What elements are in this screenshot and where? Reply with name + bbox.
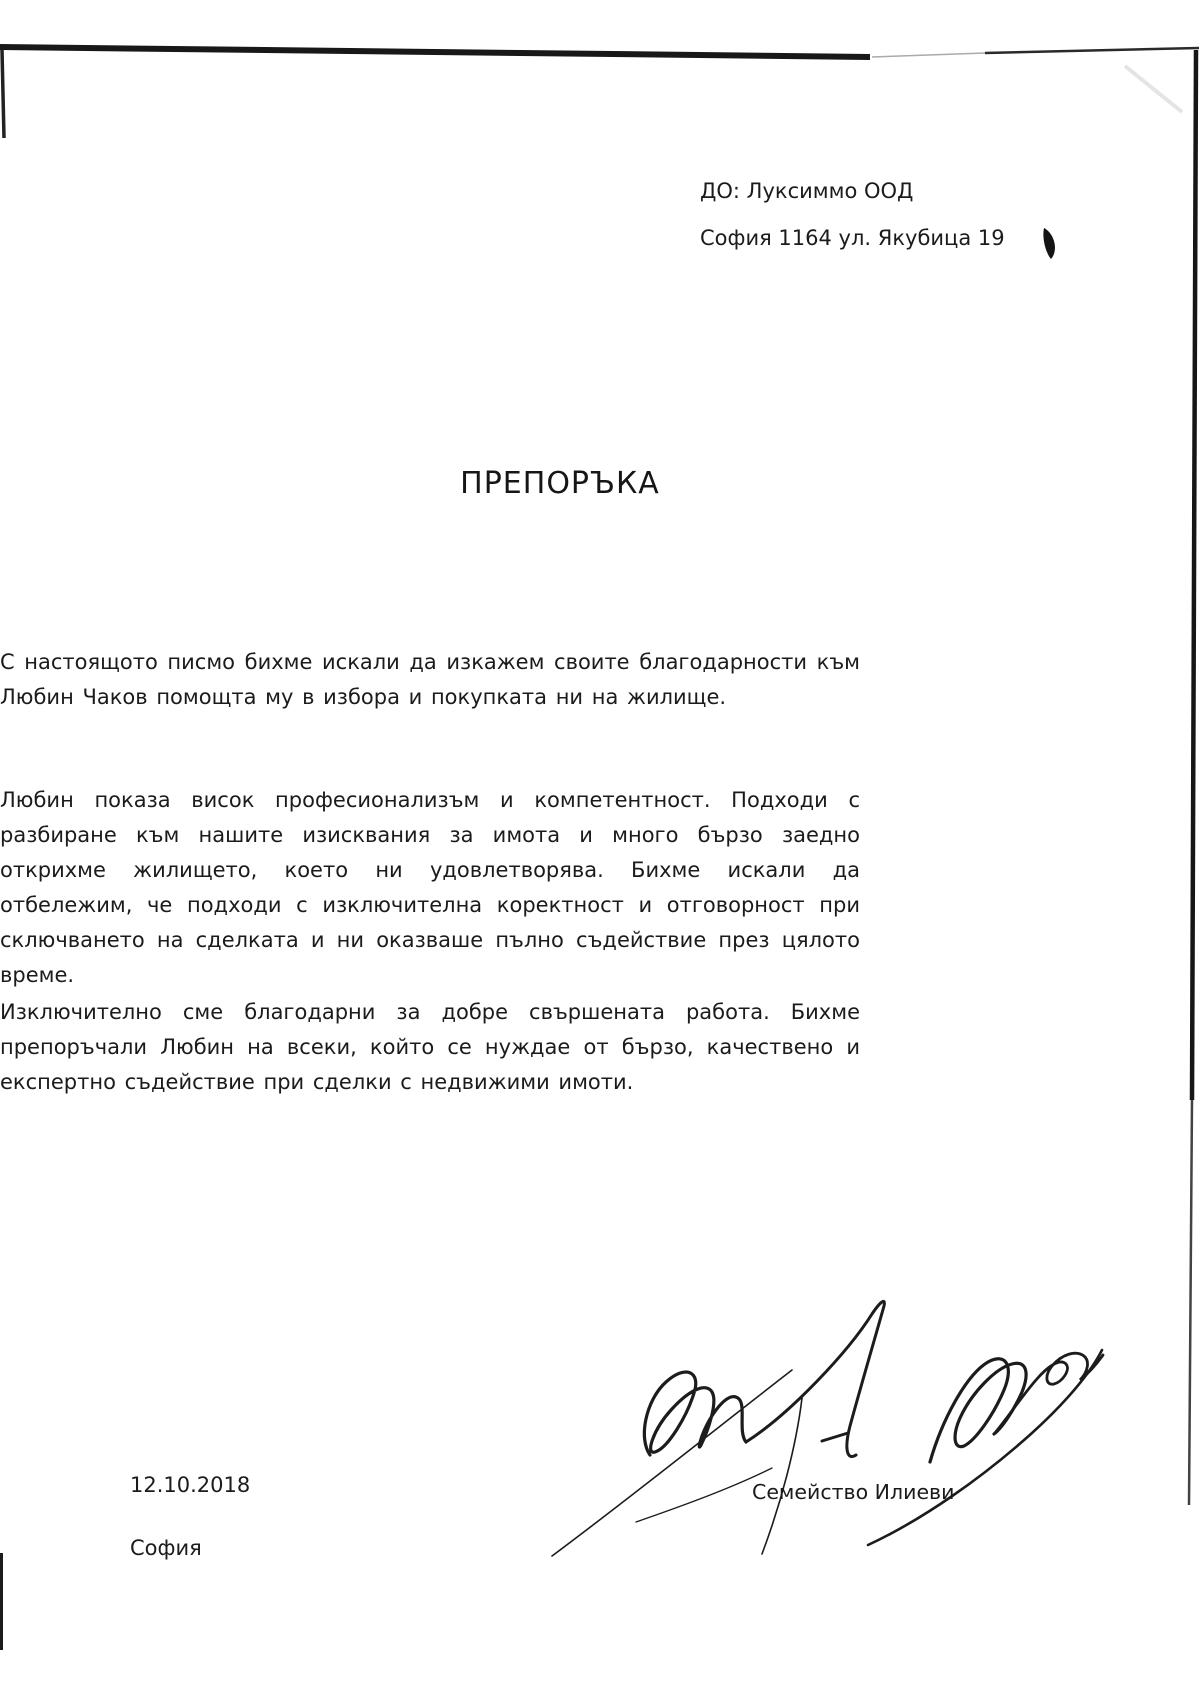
scan-edge-top-right-icon (985, 48, 1199, 53)
scan-edge-top-left-icon (0, 47, 870, 57)
letter-title: ПРЕПОРЪКА (130, 466, 990, 501)
handwritten-signature-right-sweep-icon (868, 1350, 1102, 1545)
handwritten-signature-left-loops-icon (644, 1372, 746, 1455)
scan-edge-right-lower-icon (1189, 1100, 1192, 1505)
paragraph-recommendation: Изключително сме благодарни за добре свъ… (0, 995, 860, 1100)
handwritten-signature-left-descender-icon (762, 1398, 802, 1554)
paragraph-professionalism: Любин показа висок професионализъм и ком… (0, 783, 860, 993)
letter-city: София (130, 1536, 202, 1561)
handwritten-signature-right-curls-icon (994, 1353, 1103, 1434)
recipient-to: ДО: Луксиммо ООД (700, 178, 1005, 205)
scan-blot-icon (1043, 228, 1055, 259)
handwritten-signature-left-dash-icon (822, 1433, 848, 1441)
handwritten-signature-left-crossline-icon (552, 1370, 792, 1556)
letter-date: 12.10.2018 (130, 1473, 250, 1498)
handwritten-signature-right-loops-icon (930, 1359, 1026, 1462)
paragraph-thanks: С настоящото писмо бихме искали да изкаж… (0, 645, 860, 715)
signature-label: Семейство Илиеви (752, 1480, 954, 1504)
scan-edge-top-mid-icon (872, 53, 985, 57)
scan-edge-left-top-icon (2, 50, 4, 138)
scan-smudge-icon (1125, 66, 1182, 112)
recipient-address: София 1164 ул. Якубица 19 (700, 225, 1005, 252)
handwritten-signature-left-stem-icon (746, 1301, 884, 1456)
scan-edge-right-icon (1192, 50, 1196, 1100)
scanned-letter-page: ДО: Луксиммо ООД София 1164 ул. Якубица … (0, 0, 1200, 1698)
recipient-block: ДО: Луксиммо ООД София 1164 ул. Якубица … (700, 178, 1005, 273)
